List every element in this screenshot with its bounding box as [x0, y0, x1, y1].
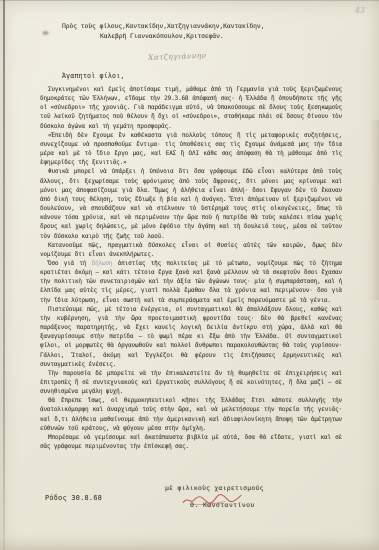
paragraph: Φυσικὰ μπορεῖ νὰ ὑπάρξει ἡ ὑπόνοια ὅτι ὅ…	[40, 167, 342, 240]
ink-smudge	[41, 30, 50, 36]
paragraph: Συγκινημένοι καὶ ἐμεῖς ἀποτίσαμε τιμή, μ…	[40, 85, 342, 131]
pencil-page-number: 43	[355, 6, 365, 15]
handwritten-annotation: Χατζηγιάννην	[148, 51, 207, 62]
address-line-1: Πρὸς τοὺς φίλους,Καντακίδην,Χατζηγιαννάκ…	[62, 22, 332, 32]
paragraph-text: Ὅσο γιὰ τὴ	[48, 260, 92, 267]
paragraph: Μπορέσαμε νὰ γεμίσουμε καὶ ἀκατάπαυστα β…	[40, 433, 342, 451]
address-line-2: Καλεβρῆ Γιαννακόπουλον,Κριτσεφᾶν.	[62, 32, 332, 42]
paper-stain-bottom	[0, 536, 379, 550]
scan-edge-shadow	[3, 0, 5, 550]
letter-body: Συγκινημένοι καὶ ἐμεῖς ἀποτίσαμε τιμή, μ…	[40, 85, 342, 482]
paragraph: Πιστεύουμε πῶς, μὲ τέτοια ἐνέργεια, οἱ σ…	[40, 305, 342, 369]
address-block: Πρὸς τοὺς φίλους,Καντακίδην,Χατζηγιαννάκ…	[62, 22, 332, 41]
paragraph-with-faded-word: Ὅσο γιὰ τὴ δήλωση ἀπιστίας τῆς πολιτείας…	[40, 259, 342, 305]
paragraph: Κατανοοῦμε πῶς, πραγματικὰ δύσκολες εἶνα…	[40, 241, 342, 259]
paragraph: Θὰ ἔπρεπε ἴσως, οἱ θερμοκηπευτικοὶ κῆποι…	[40, 396, 342, 433]
scanned-letter-page: 43 Πρὸς τοὺς φίλους,Καντακίδην,Χατζηγιαν…	[0, 0, 379, 550]
paragraph: Τὴν παρουσία δὲ μπορεῖτε νὰ τὴν ἐπικαλεσ…	[40, 369, 342, 396]
dateline: Ρόδος 30.8.68	[45, 494, 102, 502]
typed-signatory-name: Θ. Κωνσταντίνου	[190, 501, 255, 509]
salutation: Ἀγαπητοὶ φίλοι,	[62, 72, 125, 80]
paper-stain-right	[369, 120, 379, 300]
faded-typed-word: δήλωση	[92, 260, 113, 267]
paragraph: «Ἐπειδὴ δὲν ἔχουμε ἓν καθέκαστα γιὰ πολλ…	[40, 131, 342, 168]
